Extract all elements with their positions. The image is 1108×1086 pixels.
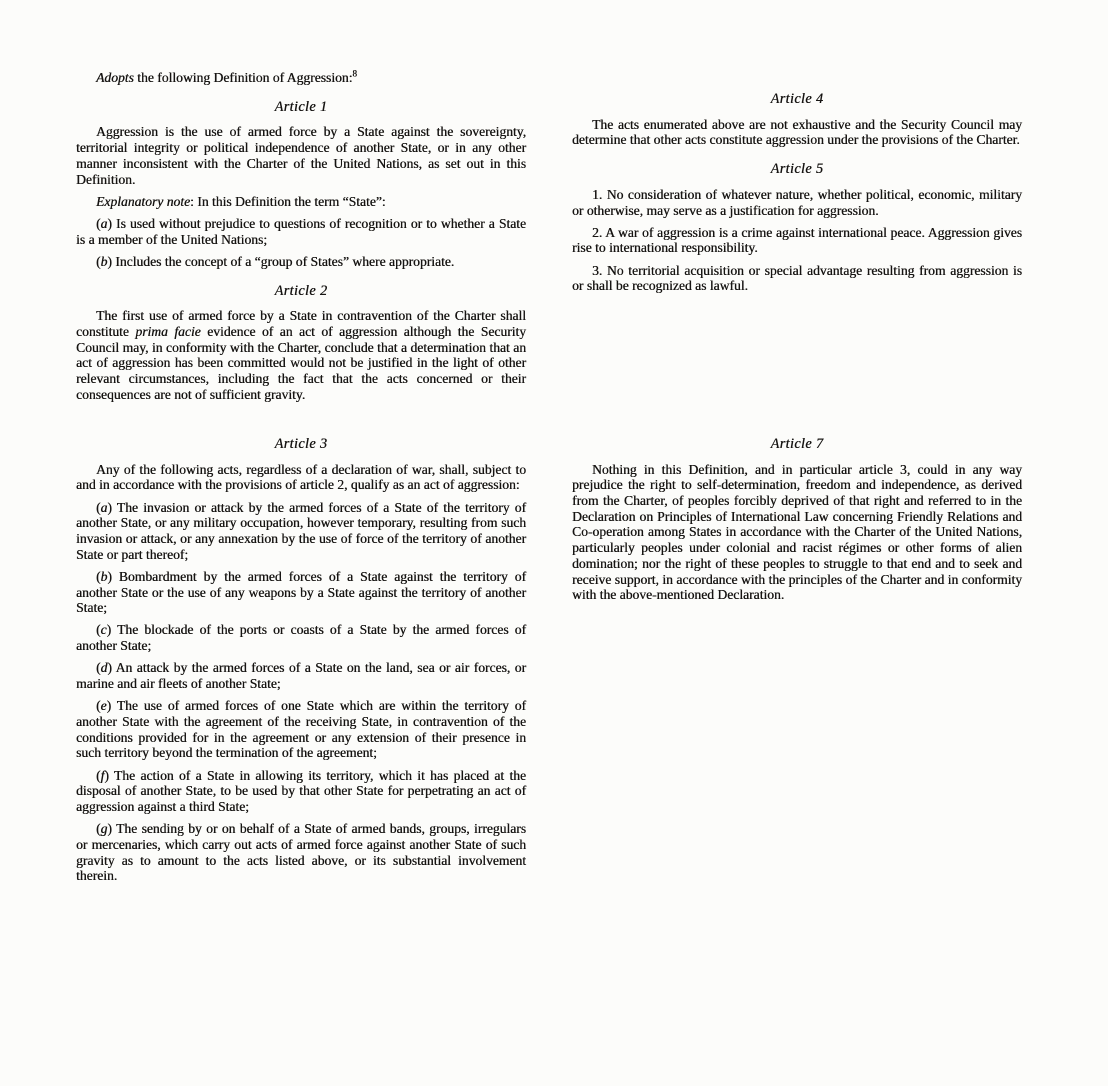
article-2-heading: Article 2 (76, 284, 526, 300)
left-column-upper: Adopts the following Definition of Aggre… (76, 70, 526, 409)
article-3-item-b: (b) Bombardment by the armed forces of a… (76, 569, 526, 616)
document-page: Adopts the following Definition of Aggre… (0, 0, 1108, 1086)
right-column-lower: Article 7Nothing in this Definition, and… (572, 423, 1022, 891)
article-1-heading: Article 1 (76, 100, 526, 116)
right-column-upper: Article 4The acts enumerated above are n… (572, 70, 1022, 409)
article-5-para-3: 3. No territorial acquisition or special… (572, 263, 1022, 294)
article-3-item-c: (c) The blockade of the ports or coasts … (76, 622, 526, 653)
article-3-item-f: (f) The action of a State in allowing it… (76, 768, 526, 815)
article-5-heading: Article 5 (572, 162, 1022, 178)
article-3-item-d: (d) An attack by the armed forces of a S… (76, 660, 526, 691)
article-3-item-a: (a) The invasion or attack by the armed … (76, 500, 526, 563)
article-2-para: The first use of armed force by a State … (76, 308, 526, 402)
article-3-item-g: (g) The sending by or on behalf of a Sta… (76, 821, 526, 884)
article-1-para: Aggression is the use of armed force by … (76, 124, 526, 187)
article-1-item-b: (b) Includes the concept of a “group of … (76, 254, 526, 270)
explanatory-note: Explanatory note: In this Definition the… (76, 194, 526, 210)
article-5-para-1: 1. No consideration of whatever nature, … (572, 187, 1022, 218)
article-4-heading: Article 4 (572, 92, 1022, 108)
adopts-line: Adopts the following Definition of Aggre… (76, 70, 526, 86)
article-5-para-2: 2. A war of aggression is a crime agains… (572, 225, 1022, 256)
article-3-heading: Article 3 (76, 437, 526, 453)
left-column-lower: Article 3Any of the following acts, rega… (76, 423, 526, 891)
article-7-heading: Article 7 (572, 437, 1022, 453)
article-3-intro: Any of the following acts, regardless of… (76, 462, 526, 493)
article-3-item-e: (e) The use of armed forces of one State… (76, 698, 526, 761)
article-4-para: The acts enumerated above are not exhaus… (572, 117, 1022, 148)
article-1-item-a: (a) Is used without prejudice to questio… (76, 216, 526, 247)
article-7-para: Nothing in this Definition, and in parti… (572, 462, 1022, 603)
